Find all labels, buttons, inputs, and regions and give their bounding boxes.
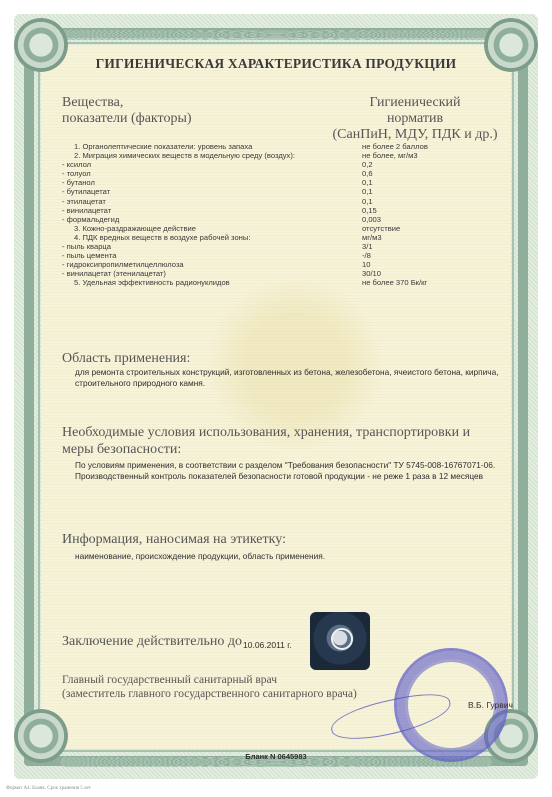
row-norm-value: 0,15 <box>362 206 377 215</box>
row-norm-value: 10 <box>362 260 370 269</box>
table-row: - этилацетат0,1 <box>62 197 502 206</box>
row-norm-value: не более 2 баллов <box>362 142 428 151</box>
row-substance: 1. Органолептические показатели: уровень… <box>74 142 252 151</box>
table-row: 5. Удельная эффективность радионуклидовн… <box>62 278 502 287</box>
row-substance: 4. ПДК вредных веществ в воздухе рабочей… <box>74 233 250 242</box>
table-row: - формальдегид0,003 <box>62 215 502 224</box>
label-info-text: наименование, происхождение продукции, о… <box>75 551 500 562</box>
row-substance: - бутилацетат <box>62 187 110 196</box>
document-title: ГИГИЕНИЧЕСКАЯ ХАРАКТЕРИСТИКА ПРОДУКЦИИ <box>0 56 552 72</box>
row-norm-value: отсутствие <box>362 224 400 233</box>
table-row: - пыль кварца3/1 <box>62 242 502 251</box>
validity-label: Заключение действительно до <box>62 634 242 650</box>
row-substance: - формальдегид <box>62 215 119 224</box>
table-row: - винилацетат0,15 <box>62 206 502 215</box>
column-header-norm: Гигиенический норматив (СанПиН, МДУ, ПДК… <box>320 95 510 143</box>
row-norm-value: мг/м3 <box>362 233 382 242</box>
row-norm-value: 30/10 <box>362 269 381 278</box>
table-row: - бутилацетат0,1 <box>62 187 502 196</box>
row-substance: - гидроксипропилметилцеллюлоза <box>62 260 184 269</box>
characteristics-table: 1. Органолептические показатели: уровень… <box>62 142 502 288</box>
row-substance: 2. Миграция химических веществ в модельн… <box>74 151 295 160</box>
row-substance: - ксилол <box>62 160 91 169</box>
row-substance: - этилацетат <box>62 197 106 206</box>
certificate-sheet: ГИГИЕНИЧЕСКАЯ ХАРАКТЕРИСТИКА ПРОДУКЦИИ В… <box>0 0 552 797</box>
table-row: - бутанол0,1 <box>62 178 502 187</box>
blank-number: Бланк N 0645983 <box>0 752 552 761</box>
table-row: 3. Кожно-раздражающее действиеотсутствие <box>62 224 502 233</box>
row-norm-value: 0,2 <box>362 160 373 169</box>
table-row: 1. Органолептические показатели: уровень… <box>62 142 502 151</box>
scope-heading: Область применения: <box>62 350 190 367</box>
row-substance: - пыль цемента <box>62 251 116 260</box>
row-substance: 3. Кожно-раздражающее действие <box>74 224 196 233</box>
wave-ornament-top <box>60 30 492 40</box>
row-substance: - пыль кварца <box>62 242 111 251</box>
table-row: 4. ПДК вредных веществ в воздухе рабочей… <box>62 233 502 242</box>
conditions-heading: Необходимые условия использования, хране… <box>62 424 502 458</box>
hologram-emblem-icon <box>331 628 353 650</box>
scope-text: для ремонта строительных конструкций, из… <box>75 367 515 389</box>
row-norm-value: 0,1 <box>362 178 373 187</box>
row-substance: - бутанол <box>62 178 95 187</box>
table-row: - толуол0,6 <box>62 169 502 178</box>
validity-date: 10.06.2011 г. <box>243 640 292 650</box>
hologram-seal-icon <box>310 612 370 670</box>
row-norm-value: 0,6 <box>362 169 373 178</box>
row-norm-value: 0,003 <box>362 215 381 224</box>
table-row: - гидроксипропилметилцеллюлоза10 <box>62 260 502 269</box>
label-info-heading: Информация, наносимая на этикетку: <box>62 531 286 548</box>
row-norm-value: -/8 <box>362 251 371 260</box>
row-norm-value: 0,1 <box>362 197 373 206</box>
conditions-text: По условиям применения, в соответствии с… <box>75 460 500 482</box>
footnote: Формат А4. Бланк. Срок хранения 5 лет <box>6 786 91 791</box>
column-header-substances: Вещества, показатели (факторы) <box>62 95 192 127</box>
row-substance: - винилацетат (этенилацетат) <box>62 269 166 278</box>
row-norm-value: 0,1 <box>362 187 373 196</box>
row-substance: 5. Удельная эффективность радионуклидов <box>74 278 230 287</box>
row-substance: - винилацетат <box>62 206 111 215</box>
row-substance: - толуол <box>62 169 91 178</box>
table-row: 2. Миграция химических веществ в модельн… <box>62 151 502 160</box>
table-row: - винилацетат (этенилацетат)30/10 <box>62 269 502 278</box>
table-row: - пыль цемента-/8 <box>62 251 502 260</box>
row-norm-value: не более, мг/м3 <box>362 151 418 160</box>
row-norm-value: не более 370 Бк/кг <box>362 278 427 287</box>
signatory-name: В.Б. Гурвич <box>468 700 513 710</box>
table-row: - ксилол0,2 <box>62 160 502 169</box>
row-norm-value: 3/1 <box>362 242 373 251</box>
signatory-title: Главный государственный санитарный врач … <box>62 673 357 701</box>
